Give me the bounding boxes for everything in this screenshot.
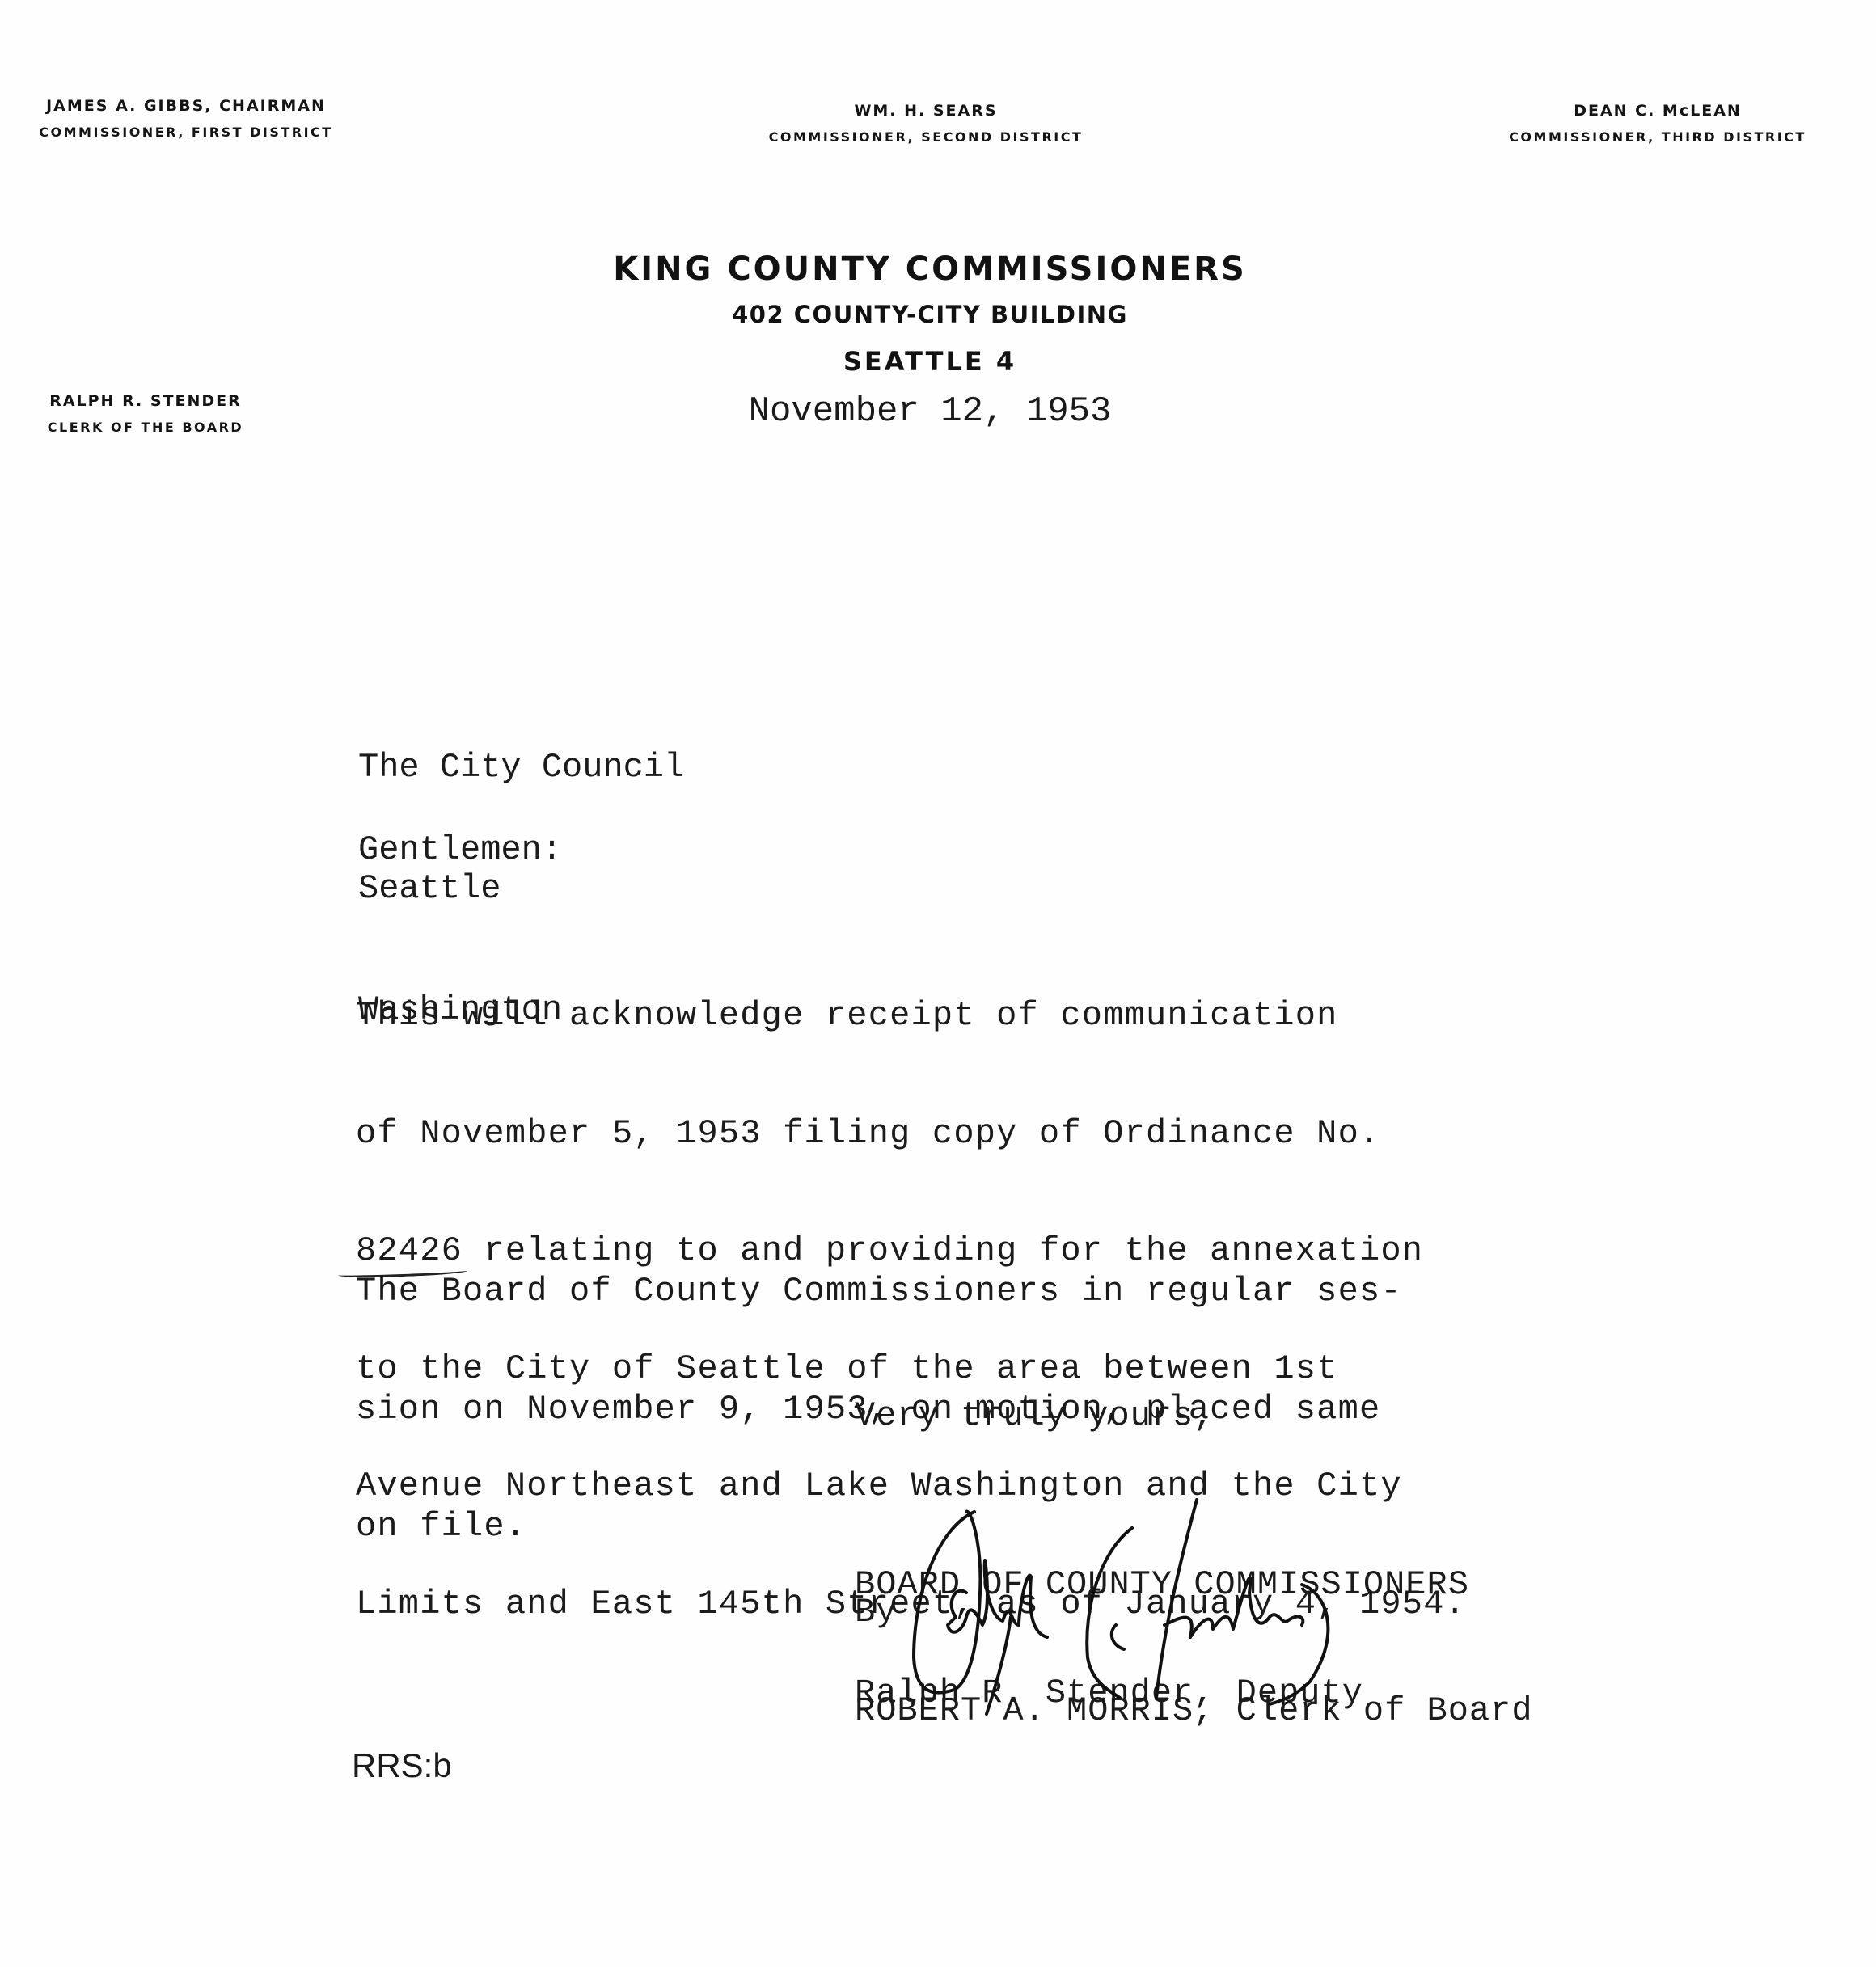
commissioner-title: COMMISSIONER, FIRST DISTRICT: [24, 125, 348, 140]
paragraph-line: This will acknowledge receipt of communi…: [356, 996, 1466, 1036]
typist-initials: RRS:b: [352, 1746, 452, 1785]
letter-page: JAMES A. GIBBS, CHAIRMAN COMMISSIONER, F…: [0, 0, 1876, 1967]
organization-city: SEATTLE 4: [485, 346, 1375, 377]
commissioner-name: DEAN C. McLEAN: [1488, 102, 1827, 120]
paragraph-line: The Board of County Commissioners in reg…: [356, 1272, 1402, 1311]
commissioner-title: COMMISSIONER, THIRD DISTRICT: [1488, 129, 1827, 145]
letterhead-commissioner-second: WM. H. SEARS COMMISSIONER, SECOND DISTRI…: [752, 102, 1100, 145]
commissioner-name: WM. H. SEARS: [752, 102, 1100, 120]
organization-address: 402 COUNTY-CITY BUILDING: [485, 301, 1375, 328]
clerk-title: CLERK OF THE BOARD: [24, 420, 267, 435]
letter-date: November 12, 1953: [485, 391, 1375, 432]
letterhead-clerk: RALPH R. STENDER CLERK OF THE BOARD: [24, 392, 267, 435]
commissioner-name: JAMES A. GIBBS, CHAIRMAN: [24, 97, 348, 115]
handwritten-signature: [889, 1496, 1536, 1722]
clerk-name: RALPH R. STENDER: [24, 392, 267, 410]
letterhead-commissioner-third: DEAN C. McLEAN COMMISSIONER, THIRD DISTR…: [1488, 102, 1827, 145]
letterhead-commissioner-first: JAMES A. GIBBS, CHAIRMAN COMMISSIONER, F…: [24, 97, 348, 140]
salutation: Gentlemen:: [358, 830, 562, 869]
recipient-line: The City Council: [358, 747, 684, 787]
closing: Very truly yours,: [855, 1396, 1215, 1435]
commissioner-title: COMMISSIONER, SECOND DISTRICT: [752, 129, 1100, 145]
organization-name: KING COUNTY COMMISSIONERS: [485, 251, 1375, 288]
paragraph-line: of November 5, 1953 filing copy of Ordin…: [356, 1114, 1466, 1154]
recipient-line: Seattle: [358, 868, 684, 909]
